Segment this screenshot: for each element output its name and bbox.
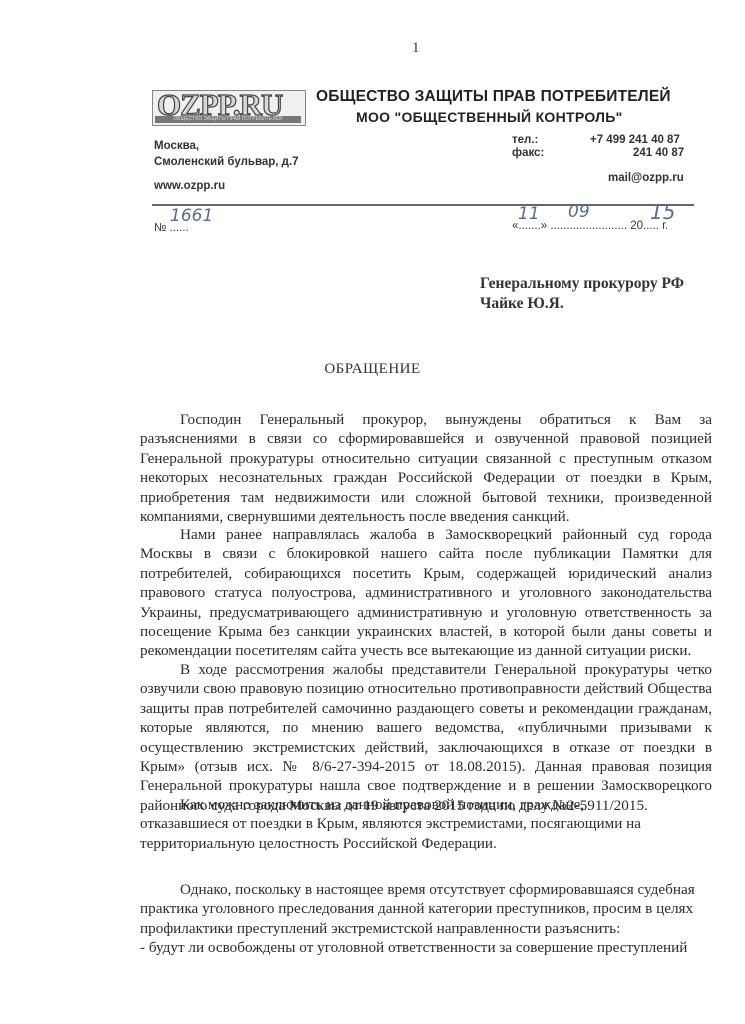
fax-label: факс:	[512, 147, 544, 159]
address-city: Москва,	[154, 140, 199, 152]
ozpp-logo: OZPP.RU ОБЩЕСТВО ЗАЩИТЫ ПРАВ ПОТРЕБИТЕЛЕ…	[152, 90, 306, 126]
org-subname: МОО "ОБЩЕСТВЕННЫЙ КОНТРОЛЬ"	[356, 109, 623, 125]
reg-number-handwritten: 1661	[170, 206, 213, 226]
phone-value: +7 499 241 40 87	[590, 134, 680, 146]
logo-tagline: ОБЩЕСТВО ЗАЩИТЫ ПРАВ ПОТРЕБИТЕЛЕЙ	[155, 116, 301, 123]
paragraph-1: Господин Генеральный прокурор, вынуждены…	[140, 410, 712, 526]
paragraph-text: В ходе рассмотрения жалобы представители…	[140, 661, 712, 814]
paragraph-3: В ходе рассмотрения жалобы представители…	[140, 660, 712, 815]
paragraph-text: - будут ли освобождены от уголовной отве…	[140, 939, 687, 956]
date-day: 11	[518, 204, 540, 224]
paragraph-text: Нами ранее направлялась жалоба в Замоскв…	[140, 526, 712, 659]
email: mail@ozpp.ru	[608, 172, 684, 184]
paragraph-4: Как можно заключить из данной правовой п…	[140, 795, 660, 853]
paragraph-text: Однако, поскольку в настоящее время отсу…	[140, 881, 695, 937]
addressee: Генеральному прокурору РФ Чайке Ю.Я.	[480, 274, 684, 314]
letterhead-divider	[152, 204, 694, 206]
paragraph-text: Господин Генеральный прокурор, вынуждены…	[140, 411, 712, 525]
fax-value: 241 40 87	[633, 147, 684, 159]
address-street: Смоленский бульвар, д.7	[154, 156, 299, 168]
phone-label: тел.:	[512, 134, 538, 146]
paragraph-5: Однако, поскольку в настоящее время отсу…	[140, 880, 700, 938]
paragraph-6: - будут ли освобождены от уголовной отве…	[140, 938, 720, 957]
addressee-line2: Чайке Ю.Я.	[480, 294, 684, 314]
paragraph-2: Нами ранее направлялась жалоба в Замоскв…	[140, 525, 712, 661]
page-number: 1	[412, 40, 420, 57]
date-month: 09	[568, 202, 590, 222]
paragraph-text: Как можно заключить из данной правовой п…	[140, 796, 641, 852]
date-year: 15	[650, 200, 675, 224]
website: www.ozpp.ru	[154, 180, 225, 192]
document-title: ОБРАЩЕНИЕ	[0, 361, 745, 378]
addressee-line1: Генеральному прокурору РФ	[480, 274, 684, 294]
org-name: ОБЩЕСТВО ЗАЩИТЫ ПРАВ ПОТРЕБИТЕЛЕЙ	[316, 88, 671, 106]
